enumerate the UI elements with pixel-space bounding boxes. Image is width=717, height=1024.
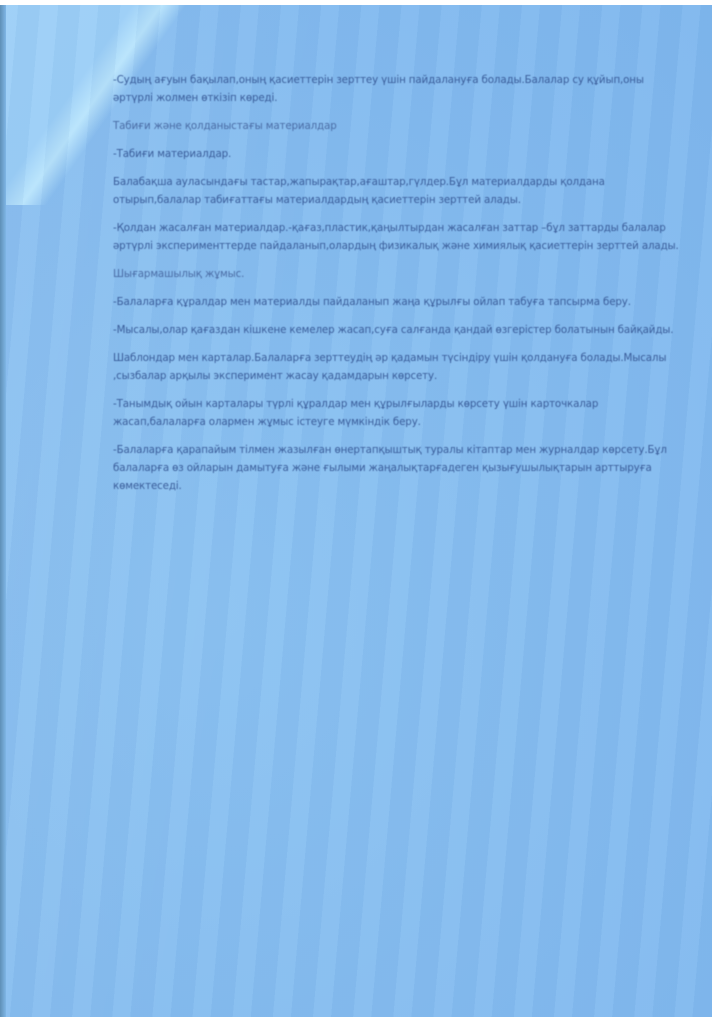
paragraph-game-cards: -Танымдық ойын карталары түрлі құралдар … xyxy=(113,395,683,431)
paragraph-kindergarten-yard: Балабақша ауласындағы тастар,жапырақтар,… xyxy=(113,173,683,209)
paragraph-paper-boats: -Мысалы,олар қағаздан кішкене кемелер жа… xyxy=(113,321,683,339)
section-heading-creative-work: Шығармашылық жұмыс. xyxy=(113,265,683,283)
paper-sheet: -Судың ағуын бақылап,оның қасиеттерін зе… xyxy=(0,5,712,1017)
paragraph-water-flow: -Судың ағуын бақылап,оның қасиеттерін зе… xyxy=(113,71,683,107)
paragraph-natural-materials: -Табиғи материалдар. xyxy=(113,145,683,163)
paragraph-invent-task: -Балаларға құралдар мен материалды пайда… xyxy=(113,293,683,311)
paragraph-handmade-materials: -Қолдан жасалған материалдар.-қағаз,плас… xyxy=(113,219,683,255)
paragraph-templates-cards: Шаблондар мен карталар.Балаларға зерттеу… xyxy=(113,349,683,385)
paragraph-books-magazines: -Балаларға қарапайым тілмен жазылған өне… xyxy=(113,441,683,495)
section-heading-materials: Табиғи және қолданыстағы материалдар xyxy=(113,117,683,135)
document-body: -Судың ағуын бақылап,оның қасиеттерін зе… xyxy=(113,71,683,505)
